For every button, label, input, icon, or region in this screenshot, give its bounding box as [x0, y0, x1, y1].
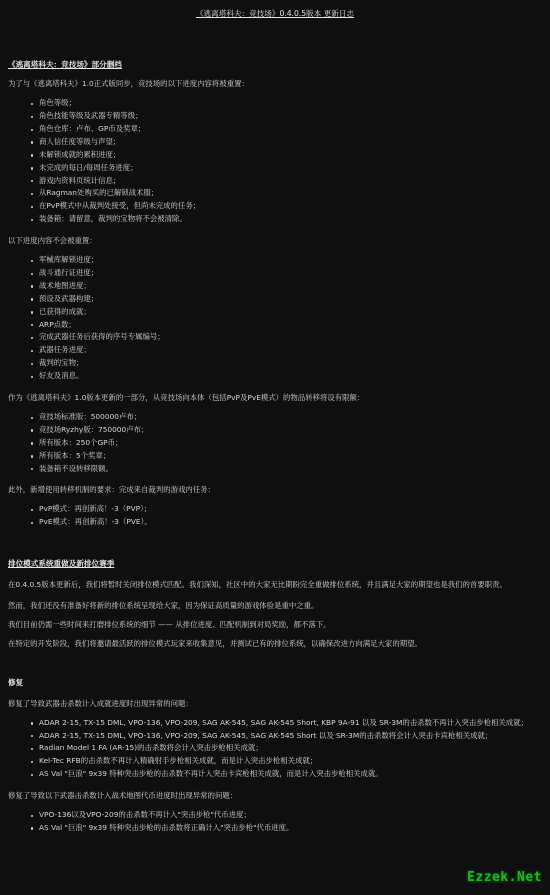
- list-item-text: 未完成的每日/每周任务进度；: [39, 163, 138, 172]
- list-item: 所有版本：5个奖章；: [31, 451, 542, 464]
- bullet-icon: [31, 273, 33, 275]
- bullet-icon: [31, 350, 33, 352]
- list-item-text: 战斗通行证进度；: [39, 268, 98, 277]
- list-item-text: 竞技场标准版：500000卢布；: [39, 412, 141, 421]
- list-item: AS Val "巨浪" 9x39 特种突击步枪的击杀数将正确计入"突击步枪"代币…: [31, 823, 542, 836]
- list-item: VPO-136以及VPO-209的击杀数不再计入"突击步枪"代币进度；: [31, 810, 542, 823]
- wipe-intro: 为了与《逃离塔科夫》1.0正式版同步，竞技场的以下进度内容将被重置：: [8, 79, 542, 89]
- bullet-icon: [31, 417, 33, 419]
- requirement-items-list: PvP模式：再创新高！-3（PVP）； PvE模式：再创新高！-3（PVE）。: [8, 504, 542, 530]
- list-item-text: 装备箱：请留意，裁判的宝物将不会被清除。: [39, 214, 187, 223]
- achievement-fix-list: ADAR 2-15, TX-15 DML, VPO-136, VPO-209, …: [8, 718, 542, 782]
- transfer-intro: 作为《逃离塔科夫》1.0版本更新的一部分，从竞技场向本体（包括PvP及PvE模式…: [8, 393, 542, 403]
- list-item-text: 所有版本：5个奖章；: [39, 451, 110, 460]
- wipe-section-heading: 《逃离塔科夫：竞技场》部分删档: [8, 60, 542, 70]
- bullet-icon: [31, 827, 33, 829]
- ranked-paragraph: 然而，我们还没有准备好将新的排位系统呈现给大家，因为保证高质量的游戏体验是重中之…: [8, 601, 542, 611]
- list-item: 商人信任度等级与声望；: [31, 137, 542, 150]
- list-item-text: 预设及武器构建；: [39, 294, 98, 303]
- bullet-icon: [31, 298, 33, 300]
- bullet-icon: [31, 324, 33, 326]
- list-item: 军械库解锁进度；: [31, 255, 542, 268]
- bullet-icon: [31, 129, 33, 131]
- bullet-icon: [31, 815, 33, 817]
- list-item-text: 在PvP模式中从裁判处接受，但尚未完成的任务；: [39, 201, 200, 210]
- list-item-text: 军械库解锁进度；: [39, 255, 98, 264]
- watermark-logo: Ezzek.Net: [467, 869, 542, 887]
- fixes-section-heading-text: 修复: [8, 678, 23, 687]
- list-item-text: Radian Model 1 FA (AR-15)的击杀数将会计入突击步枪相关成…: [39, 743, 263, 752]
- bullet-icon: [31, 363, 33, 365]
- bullet-icon: [31, 376, 33, 378]
- ranked-paragraph: 在0.4.0.5版本更新后，我们将暂时关闭排位模式匹配。我们深知，社区中的大家无…: [8, 579, 542, 592]
- list-item: 完成武器任务后获得的序号专属编号；: [31, 332, 542, 345]
- transfer-items-list: 竞技场标准版：500000卢布； 竞技场Ryzhy版：750000卢布； 所有版…: [8, 412, 542, 476]
- list-item-text: ADAR 2-15, TX-15 DML, VPO-136, VPO-209, …: [39, 731, 492, 740]
- fixes-section: 修复 修复了导致武器击杀数计入成就进度时出现异常的问题： ADAR 2-15, …: [8, 678, 542, 835]
- ranked-section-heading-text: 排位模式系统重做及新排位赛季: [8, 559, 114, 568]
- token-fix-intro: 修复了导致以下武器击杀数计入战术地图代币进度时出现异常的问题：: [8, 791, 542, 801]
- bullet-icon: [31, 167, 33, 169]
- bullet-icon: [31, 774, 33, 776]
- bullet-icon: [31, 337, 33, 339]
- bullet-icon: [31, 522, 33, 524]
- list-item: 角色等级；: [31, 98, 542, 111]
- list-item: 从Ragman处购买的已解锁战术服；: [31, 188, 542, 201]
- kept-intro: 以下进度内容不会被重置：: [8, 236, 542, 246]
- list-item: 在PvP模式中从裁判处接受，但尚未完成的任务；: [31, 201, 542, 214]
- bullet-icon: [31, 180, 33, 182]
- list-item: 好友及消息。: [31, 371, 542, 384]
- list-item: 游戏内资料页统计信息；: [31, 176, 542, 189]
- list-item: 角色技能等级及武器专精等级；: [31, 111, 542, 124]
- wipe-section-heading-text: 《逃离塔科夫：竞技场》部分删档: [8, 60, 122, 69]
- list-item-text: 未解锁成就的累积进度；: [39, 150, 120, 159]
- list-item-text: ADAR 2-15, TX-15 DML, VPO-136, VPO-209, …: [39, 718, 528, 727]
- reset-items-list: 角色等级； 角色技能等级及武器专精等级； 角色仓库：卢布、GP币及奖章； 商人信…: [8, 98, 542, 227]
- list-item-text: 战术地图进度；: [39, 281, 91, 290]
- list-item-text: 游戏内资料页统计信息；: [39, 176, 120, 185]
- list-item-text: 装备箱不设转移限额。: [39, 464, 113, 473]
- bullet-icon: [31, 141, 33, 143]
- wipe-section: 《逃离塔科夫：竞技场》部分删档 为了与《逃离塔科夫》1.0正式版同步，竞技场的以…: [8, 60, 542, 530]
- page-title-text: 《逃离塔科夫：竞技场》0.4.0.5版本 更新日志: [196, 9, 354, 18]
- list-item: 已获得的成就；: [31, 307, 542, 320]
- list-item-text: 武器任务进度；: [39, 345, 91, 354]
- kept-items-list: 军械库解锁进度； 战斗通行证进度； 战术地图进度； 预设及武器构建； 已获得的成…: [8, 255, 542, 384]
- requirement-intro: 此外，新增使用转移机制的要求：完成来自裁判的游戏内任务：: [8, 485, 542, 495]
- ranked-section: 排位模式系统重做及新排位赛季 在0.4.0.5版本更新后，我们将暂时关闭排位模式…: [8, 559, 542, 649]
- bullet-icon: [31, 260, 33, 262]
- list-item-text: AS Val "巨浪" 9x39 特种突击步枪的击杀数不再计入突击卡宾枪相关成就…: [39, 769, 383, 778]
- bullet-icon: [31, 761, 33, 763]
- bullet-icon: [31, 509, 33, 511]
- list-item-text: 已获得的成就；: [39, 307, 91, 316]
- list-item: 战术地图进度；: [31, 281, 542, 294]
- list-item: ADAR 2-15, TX-15 DML, VPO-136, VPO-209, …: [31, 718, 542, 731]
- list-item-text: 角色技能等级及武器专精等级；: [39, 111, 142, 120]
- list-item: 角色仓库：卢布、GP币及奖章；: [31, 124, 542, 137]
- list-item: 武器任务进度；: [31, 345, 542, 358]
- bullet-icon: [31, 735, 33, 737]
- ranked-section-heading: 排位模式系统重做及新排位赛季: [8, 559, 542, 569]
- list-item-text: AS Val "巨浪" 9x39 特种突击步枪的击杀数将正确计入"突击步枪"代币…: [39, 823, 293, 832]
- bullet-icon: [31, 206, 33, 208]
- list-item: 竞技场Ryzhy版：750000卢布；: [31, 425, 542, 438]
- achievement-fix-intro: 修复了导致武器击杀数计入成就进度时出现异常的问题：: [8, 699, 542, 709]
- bullet-icon: [31, 285, 33, 287]
- ranked-paragraph: 在特定的开发阶段，我们将邀请最活跃的排位模式玩家来收集意见，并测试已有的排位系统…: [8, 639, 542, 649]
- list-item: PvP模式：再创新高！-3（PVP）；: [31, 504, 542, 517]
- token-fix-list: VPO-136以及VPO-209的击杀数不再计入"突击步枪"代币进度； AS V…: [8, 810, 542, 836]
- list-item-text: PvP模式：再创新高！-3（PVP）；: [39, 504, 151, 513]
- list-item-text: 商人信任度等级与声望；: [39, 137, 120, 146]
- bullet-icon: [31, 193, 33, 195]
- list-item-text: Kel-Tec RFB的击杀数不再计入精确射手步枪相关成就，而是计入突击步枪相关…: [39, 756, 317, 765]
- list-item: 装备箱不设转移限额。: [31, 464, 542, 477]
- list-item-text: ARP点数；: [39, 320, 76, 329]
- bullet-icon: [31, 748, 33, 750]
- list-item: 未解锁成就的累积进度；: [31, 150, 542, 163]
- page-title: 《逃离塔科夫：竞技场》0.4.0.5版本 更新日志: [8, 0, 542, 25]
- list-item-text: 角色等级；: [39, 98, 76, 107]
- list-item-text: 所有版本：250个GP币；: [39, 438, 122, 447]
- bullet-icon: [31, 154, 33, 156]
- list-item: 装备箱：请留意，裁判的宝物将不会被清除。: [31, 214, 542, 227]
- bullet-icon: [31, 219, 33, 221]
- list-item-text: 裁判的宝物；: [39, 358, 83, 367]
- list-item: 预设及武器构建；: [31, 294, 542, 307]
- list-item-text: 从Ragman处购买的已解锁战术服；: [39, 188, 158, 197]
- list-item-text: 角色仓库：卢布、GP币及奖章；: [39, 124, 145, 133]
- list-item: 未完成的每日/每周任务进度；: [31, 163, 542, 176]
- list-item-text: 完成武器任务后获得的序号专属编号；: [39, 332, 165, 341]
- bullet-icon: [31, 455, 33, 457]
- bullet-icon: [31, 468, 33, 470]
- ranked-paragraph: 我们目前仍需一些时间来打磨排位系统的细节 —— 从排位进度、匹配机制到对局奖励，…: [8, 620, 542, 630]
- list-item: 竞技场标准版：500000卢布；: [31, 412, 542, 425]
- list-item: Kel-Tec RFB的击杀数不再计入精确射手步枪相关成就，而是计入突击步枪相关…: [31, 756, 542, 769]
- list-item: ADAR 2-15, TX-15 DML, VPO-136, VPO-209, …: [31, 731, 542, 744]
- bullet-icon: [31, 103, 33, 105]
- list-item: ARP点数；: [31, 320, 542, 333]
- bullet-icon: [31, 722, 33, 724]
- bullet-icon: [31, 116, 33, 118]
- list-item: 所有版本：250个GP币；: [31, 438, 542, 451]
- bullet-icon: [31, 442, 33, 444]
- bullet-icon: [31, 429, 33, 431]
- list-item-text: 竞技场Ryzhy版：750000卢布；: [39, 425, 148, 434]
- list-item-text: 好友及消息。: [39, 371, 83, 380]
- list-item: PvE模式：再创新高！-3（PVE）。: [31, 517, 542, 530]
- list-item: 裁判的宝物；: [31, 358, 542, 371]
- list-item: Radian Model 1 FA (AR-15)的击杀数将会计入突击步枪相关成…: [31, 743, 542, 756]
- changelog-document: 《逃离塔科夫：竞技场》0.4.0.5版本 更新日志 《逃离塔科夫：竞技场》部分删…: [0, 0, 550, 836]
- list-item-text: PvE模式：再创新高！-3（PVE）。: [39, 517, 152, 526]
- list-item: 战斗通行证进度；: [31, 268, 542, 281]
- list-item: AS Val "巨浪" 9x39 特种突击步枪的击杀数不再计入突击卡宾枪相关成就…: [31, 769, 542, 782]
- list-item-text: VPO-136以及VPO-209的击杀数不再计入"突击步枪"代币进度；: [39, 810, 251, 819]
- bullet-icon: [31, 311, 33, 313]
- fixes-section-heading: 修复: [8, 678, 542, 688]
